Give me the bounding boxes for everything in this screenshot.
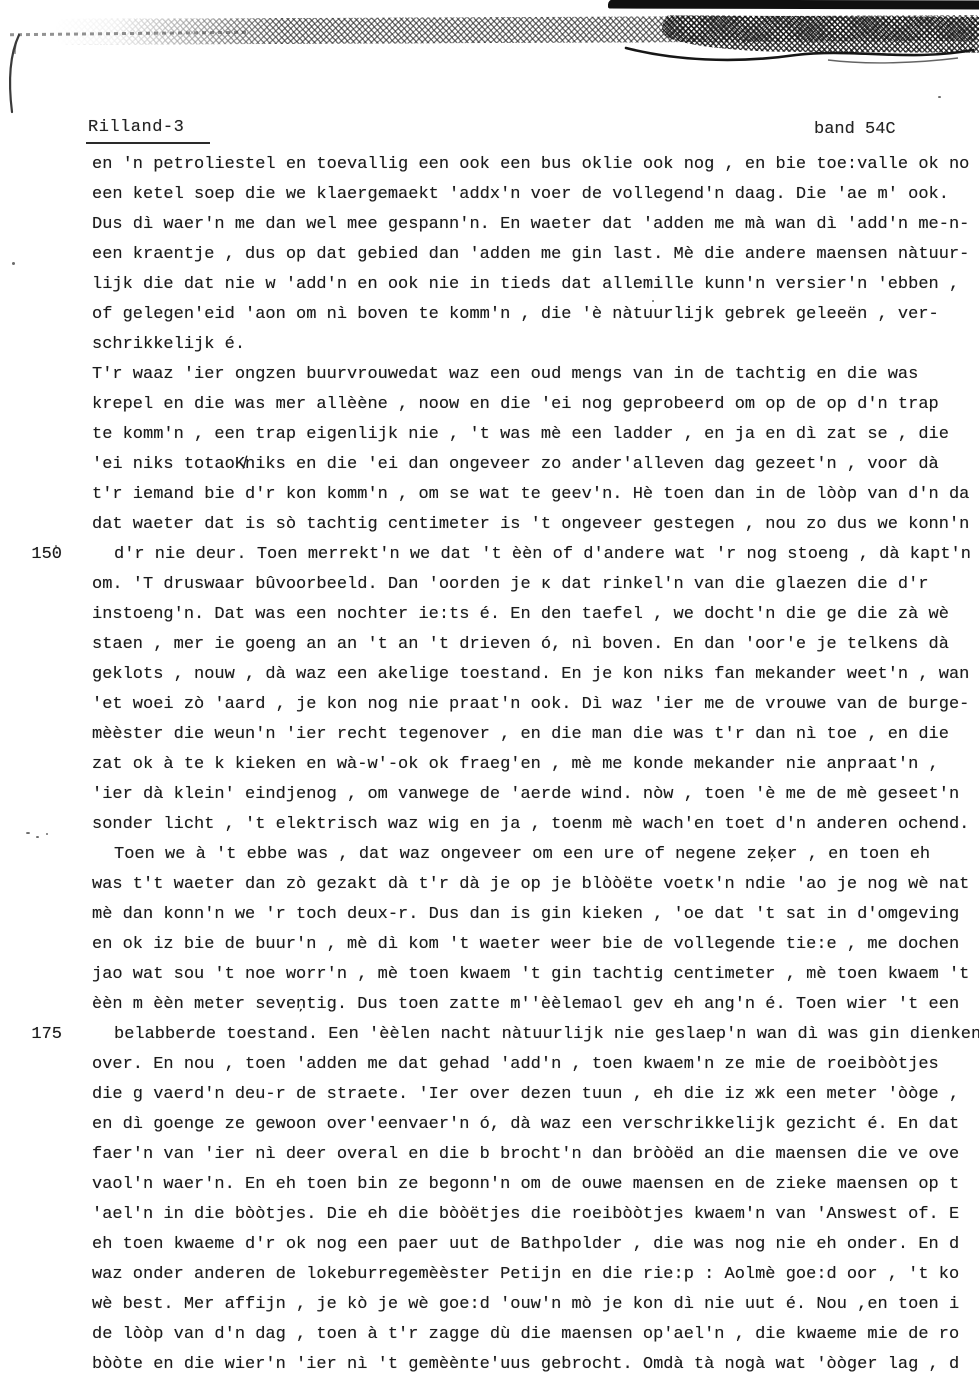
text-line: 175belabberde toestand. Een 'èèlen nacht… (92, 1020, 979, 1050)
text-line: om. 'T druswaar bûvoorbeeld. Dan 'oorden… (92, 570, 979, 600)
line-text: Dus dì waer'n me dan wel mee gespann'n. … (92, 215, 969, 234)
line-text: 'ier dà klein' eindjenog , om vanwege de… (92, 785, 959, 804)
text-line: 'et woei zò 'aard , je kon nog nie praat… (92, 690, 979, 720)
text-line: zat ok à te k kieken en wà-w'-ok ok frae… (92, 750, 979, 780)
text-line: èèn m èèn meter seveņtig. Dus toen zatte… (92, 990, 979, 1020)
text-line: een ketel soep die we klaergemaekt 'addx… (92, 180, 979, 210)
text-line: 150d'r nie deur. Toen merrekt'n we dat '… (92, 540, 979, 570)
line-text: 'et woei zò 'aard , je kon nog nie praat… (92, 695, 969, 714)
scan-speck (36, 836, 39, 838)
text-line: t'r iemand bie d'r kon komm'n , om se wa… (92, 480, 979, 510)
text-line: die g vaerd'n deu-r de straete. 'Ier ove… (92, 1080, 979, 1110)
text-line: bòòte en die wier'n 'ier nì 't gemèènte'… (92, 1350, 979, 1380)
line-text: een kraentje , dus op dat gebied dan 'ad… (92, 245, 969, 264)
scanned-page: Rilland-3 band 54C en 'n petroliestel en… (0, 0, 979, 1394)
line-text: t'r iemand bie d'r kon komm'n , om se wa… (92, 485, 969, 504)
text-line: dat waeter dat is sò tachtig centimeter … (92, 510, 979, 540)
line-text: schrikkelijk é. (92, 335, 245, 354)
text-line: waz onder anderen de lokeburregemèèster … (92, 1260, 979, 1290)
line-text: 'ael'n in die bòòtjes. Die eh die bòòëtj… (92, 1205, 959, 1224)
line-text: een ketel soep die we klaergemaekt 'addx… (92, 185, 949, 204)
text-line: eh toen kwaeme d'r ok nog een paer uut d… (92, 1230, 979, 1260)
text-line: lijk die dat nie w 'add'n en ook nie in … (92, 270, 979, 300)
text-line: of gelegen'eid 'aon om nì boven te komm'… (92, 300, 979, 330)
scan-wavy-line (618, 38, 979, 68)
text-line: 'ael'n in die bòòtjes. Die eh die bòòëtj… (92, 1200, 979, 1230)
line-text: en dì goenge ze gewoon over'eenvaer'n ó,… (92, 1115, 959, 1134)
text-line: instoeng'n. Dat was een nochter ie:ts é.… (92, 600, 979, 630)
text-line: vaol'n waer'n. En eh toen bin ze begonn'… (92, 1170, 979, 1200)
text-line: en 'n petroliestel en toevallig een ook … (92, 150, 979, 180)
text-line: 'ier dà klein' eindjenog , om vanwege de… (92, 780, 979, 810)
scan-speck (938, 96, 941, 98)
line-number: 175 (31, 1020, 70, 1050)
text-line: te komm'n , een trap eigenlijk nie , 't … (92, 420, 979, 450)
line-text: èèn m èèn meter seveņtig. Dus toen zatte… (92, 995, 959, 1014)
scan-speck (46, 833, 48, 835)
line-text: mèèster die weun'n 'ier recht tegenover … (92, 725, 949, 744)
line-text: Toen we à 't ebbe was , dat waz ongeveer… (92, 840, 930, 870)
text-line: faer'n van 'ier nì deer overal en die b … (92, 1140, 979, 1170)
line-text: zat ok à te k kieken en wà-w'-ok ok frae… (92, 755, 939, 774)
line-text: bòòte en die wier'n 'ier nì 't gemèènte'… (92, 1355, 959, 1374)
text-line: een kraentje , dus op dat gebied dan 'ad… (92, 240, 979, 270)
line-text: dat waeter dat is sò tachtig centimeter … (92, 515, 969, 534)
text-line: Toen we à 't ebbe was , dat waz ongeveer… (92, 840, 979, 870)
scan-dotted-trail (10, 31, 250, 37)
line-text: mè dan konn'n we 'r toch deux-r. Dus dan… (92, 905, 959, 924)
band-label: band 54C (814, 120, 896, 139)
text-line: Dus dì waer'n me dan wel mee gespann'n. … (92, 210, 979, 240)
text-line: mèèster die weun'n 'ier recht tegenover … (92, 720, 979, 750)
line-text: of gelegen'eid 'aon om nì boven te komm'… (92, 305, 939, 324)
text-line: mè dan konn'n we 'r toch deux-r. Dus dan… (92, 900, 979, 930)
line-text: sonder licht , 't elektrisch waz wig en … (92, 815, 969, 834)
text-line: de lòòp van d'n dag , toen à t'r zagge d… (92, 1320, 979, 1350)
document-id: Rilland-3 (86, 118, 210, 144)
line-text: lijk die dat nie w 'add'n en ook nie in … (92, 275, 959, 294)
text-line: en ok iz bie de buur'n , mè dì kom 't wa… (92, 930, 979, 960)
text-line: schrikkelijk é. (92, 330, 979, 360)
text-line: over. En nou , toen 'adden me dat gehad … (92, 1050, 979, 1080)
line-text: T'r waaz 'ier ongzen buurvrouwedat waz e… (92, 365, 918, 384)
text-line: jao wat sou 't noe worr'n , mè toen kwae… (92, 960, 979, 990)
line-text: jao wat sou 't noe worr'n , mè toen kwae… (92, 965, 969, 984)
scan-black-bar (608, 0, 979, 9)
scan-hatch-band (55, 15, 979, 45)
scan-hatch-band-dark (662, 15, 979, 53)
scan-speck (26, 832, 30, 834)
scan-paper-edge (3, 32, 29, 118)
line-text: staen , mer ie goeng an an 't an 't drie… (92, 635, 949, 654)
text-line: staen , mer ie goeng an an 't an 't drie… (92, 630, 979, 660)
line-text: belabberde toestand. Een 'èèlen nacht nà… (92, 1020, 979, 1050)
line-text: faer'n van 'ier nì deer overal en die b … (92, 1145, 959, 1164)
text-line: wè best. Mer affijn , je kò je wè goe:d … (92, 1290, 979, 1320)
text-line: geklots , nouw , dà waz een akelige toes… (92, 660, 979, 690)
line-text: krepel en die was mer allèène , noow en … (92, 395, 939, 414)
line-text: om. 'T druswaar bûvoorbeeld. Dan 'oorden… (92, 575, 929, 594)
line-number: 150 (31, 540, 70, 570)
line-text: instoeng'n. Dat was een nochter ie:ts é.… (92, 605, 949, 624)
line-text: was t't waeter dan zò gezakt dà t'r dà j… (92, 875, 969, 894)
line-text: wè best. Mer affijn , je kò je wè goe:d … (92, 1295, 959, 1314)
line-text: vaol'n waer'n. En eh toen bin ze begonn'… (92, 1175, 959, 1194)
line-text: geklots , nouw , dà waz een akelige toes… (92, 665, 969, 684)
line-text: en 'n petroliestel en toevallig een ook … (92, 155, 969, 174)
transcript-lines: en 'n petroliestel en toevallig een ook … (92, 150, 979, 1380)
line-text: en ok iz bie de buur'n , mè dì kom 't wa… (92, 935, 959, 954)
text-line: en dì goenge ze gewoon over'eenvaer'n ó,… (92, 1110, 979, 1140)
line-text: die g vaerd'n deu-r de straete. 'Ier ove… (92, 1085, 959, 1104)
line-text: waz onder anderen de lokeburregemèèster … (92, 1265, 959, 1284)
line-text: de lòòp van d'n dag , toen à t'r zagge d… (92, 1325, 959, 1344)
line-text: over. En nou , toen 'adden me dat gehad … (92, 1055, 939, 1074)
text-line: T'r waaz 'ier ongzen buurvrouwedat waz e… (92, 360, 979, 390)
scan-speck (12, 262, 15, 265)
line-text: 'ei niks totaoK̸niks en die 'ei dan onge… (92, 455, 939, 474)
text-line: 'ei niks totaoK̸niks en die 'ei dan onge… (92, 450, 979, 480)
line-text: te komm'n , een trap eigenlijk nie , 't … (92, 425, 949, 444)
text-line: was t't waeter dan zò gezakt dà t'r dà j… (92, 870, 979, 900)
line-text: d'r nie deur. Toen merrekt'n we dat 't è… (92, 540, 971, 570)
text-line: sonder licht , 't elektrisch waz wig en … (92, 810, 979, 840)
line-text: eh toen kwaeme d'r ok nog een paer uut d… (92, 1235, 959, 1254)
text-line: krepel en die was mer allèène , noow en … (92, 390, 979, 420)
